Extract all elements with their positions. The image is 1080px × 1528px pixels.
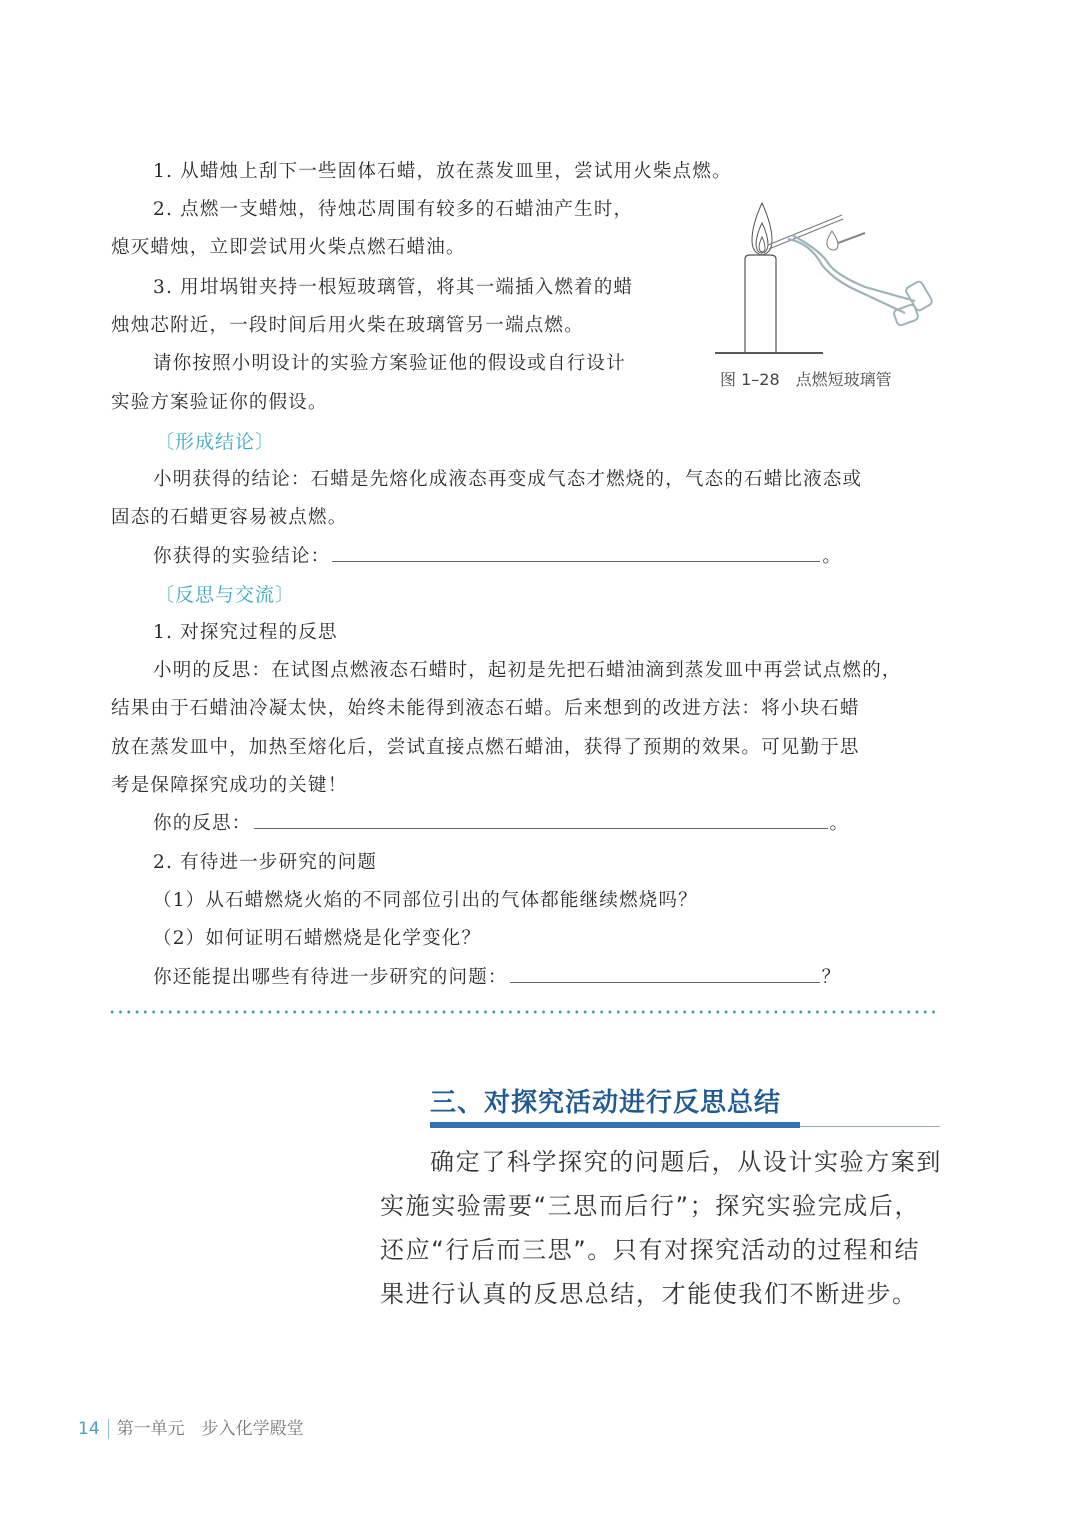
- reflection-line-2: 结果由于石蜡油冷凝太快，始终未能得到液态石蜡。后来想到的改进方法：将小块石蜡: [111, 697, 860, 721]
- step-1: 1. 从蜡烛上刮下一些固体石蜡，放在蒸发皿里，尝试用火柴点燃。: [153, 160, 732, 184]
- step-3-line-1: 3. 用坩埚钳夹持一根短玻璃管，将其一端插入燃着的蜡: [153, 276, 633, 300]
- figure-caption: 图 1–28 点燃短玻璃管: [720, 367, 892, 390]
- section-3-line-3: 还应“行后而三思”。只有对探究活动的过程和结: [380, 1228, 920, 1272]
- reflection-line-3: 放在蒸发皿中，加热至熔化后，尝试直接点燃石蜡油，获得了预期的效果。可见勤于思: [111, 736, 860, 760]
- section-3-line-2: 实施实验需要“三思而后行”；探究实验完成后，: [380, 1184, 920, 1228]
- figure-candle-glass-tube: [710, 195, 950, 360]
- more-questions-blank[interactable]: [510, 968, 820, 983]
- more-questions-end: ？: [822, 967, 842, 988]
- more-questions-label: 你还能提出哪些有待进一步研究的问题：: [153, 967, 508, 988]
- step-2-line-1: 2. 点燃一支蜡烛，待烛芯周围有较多的石蜡油产生时，: [153, 198, 633, 222]
- section-3-title-rule: [800, 1126, 940, 1127]
- reflection-subheading-2: 2. 有待进一步研究的问题: [153, 851, 377, 875]
- section-3-title-bar: [430, 1122, 800, 1128]
- dotted-divider: [108, 1010, 940, 1014]
- question-2: （2）如何证明石蜡燃烧是化学变化？: [153, 927, 481, 951]
- your-reflection-label: 你的反思：: [153, 813, 252, 834]
- step-3-line-2: 烛烛芯附近，一段时间后用火柴在玻璃管另一端点燃。: [111, 314, 584, 338]
- your-conclusion-label: 你获得的实验结论：: [153, 546, 330, 567]
- conclusion-line-1: 小明获得的结论：石蜡是先熔化成液态再变成气态才燃烧的，气态的石蜡比液态或: [153, 468, 862, 492]
- candle-tongs-icon: [710, 195, 950, 360]
- section-3-line-1: 确定了科学探究的问题后，从设计实验方案到: [430, 1140, 942, 1184]
- section-label-reflection: 〔反思与交流〕: [155, 583, 295, 607]
- your-reflection-blank[interactable]: [254, 814, 828, 829]
- question-1: （1）从石蜡燃烧火焰的不同部位引出的气体都能继续燃烧吗？: [153, 889, 698, 913]
- reflection-subheading-1: 1. 对探究过程的反思: [153, 621, 338, 645]
- instruction-line-2: 实验方案验证你的假设。: [111, 391, 328, 415]
- step-2-line-2: 熄灭蜡烛，立即尝试用火柴点燃石蜡油。: [111, 236, 466, 260]
- reflection-line-1: 小明的反思：在试图点燃液态石蜡时，起初是先把石蜡油滴到蒸发皿中再尝试点燃的，: [153, 659, 902, 683]
- section-3-line-4: 果进行认真的反思总结，才能使我们不断进步。: [380, 1272, 918, 1316]
- page-number: 14: [78, 1419, 100, 1439]
- section-3-title: 三、对探究活动进行反思总结: [430, 1082, 781, 1119]
- footer-separator: [108, 1419, 109, 1439]
- section-label-conclusion: 〔形成结论〕: [155, 430, 275, 454]
- your-reflection-row: 你的反思：。: [153, 812, 849, 836]
- your-conclusion-end: 。: [822, 546, 842, 567]
- unit-title: 第一单元 步入化学殿堂: [117, 1419, 304, 1439]
- page-footer: 14第一单元 步入化学殿堂: [78, 1414, 304, 1439]
- your-conclusion-blank[interactable]: [332, 547, 820, 562]
- your-reflection-end: 。: [830, 813, 850, 834]
- more-questions-row: 你还能提出哪些有待进一步研究的问题：？: [153, 966, 841, 990]
- conclusion-line-2: 固态的石蜡更容易被点燃。: [111, 506, 347, 530]
- reflection-line-4: 考是保障探究成功的关键！: [111, 774, 347, 798]
- your-conclusion-row: 你获得的实验结论：。: [153, 545, 842, 569]
- instruction-line-1: 请你按照小明设计的实验方案验证他的假设或自行设计: [153, 352, 626, 376]
